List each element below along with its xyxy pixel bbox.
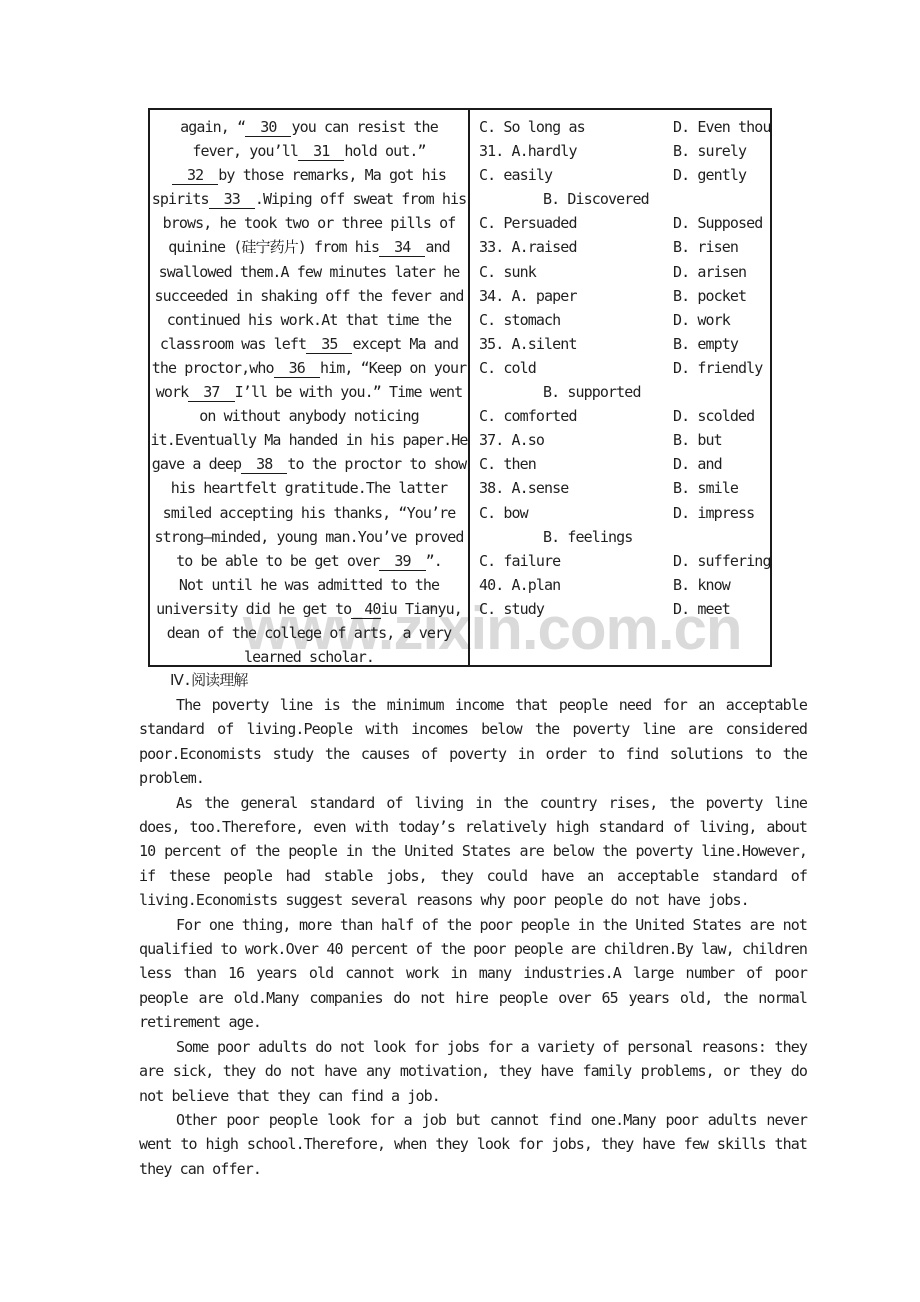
option-right: B. know: [673, 573, 730, 597]
cloze-blank: 34: [379, 238, 425, 257]
passage-line: learned scholar.: [150, 645, 468, 665]
option-left: C. then: [479, 455, 536, 473]
option-left: 40. A.plan: [479, 576, 560, 594]
option-left: C. stomach: [479, 311, 560, 329]
cloze-blank: 36: [274, 359, 320, 378]
option-line: C. comfortedD. scolded: [479, 404, 770, 428]
option-line: C. sunkD. arisen: [479, 260, 770, 284]
option-left: C. study: [479, 600, 544, 618]
option-left: 34. A. paper: [479, 287, 577, 305]
option-line: 34. A. paperB. pocket: [479, 284, 770, 308]
cloze-blank: 40: [351, 600, 380, 619]
cloze-blank: 33: [209, 190, 255, 209]
option-line: C. thenD. and: [479, 452, 770, 476]
option-right: B. but: [673, 428, 722, 452]
passage-line: quinine (硅宁药片) from his34and: [150, 235, 468, 259]
passage-line: to be able to be get over39”.: [150, 549, 468, 573]
reading-paragraph: Other poor people look for a job but can…: [139, 1108, 807, 1181]
option-right: D. and: [673, 452, 722, 476]
reading-section: Ⅳ.阅读理解 The poverty line is the minimum i…: [139, 668, 807, 1181]
option-right: B. risen: [673, 235, 738, 259]
passage-line: Not until he was admitted to the: [150, 573, 468, 597]
cloze-blank: 32: [172, 166, 218, 185]
option-right: D. sufferings: [673, 549, 770, 573]
option-line: B. feelings: [479, 525, 770, 549]
option-right: D. impress: [673, 501, 754, 525]
option-right: D. Supposed: [673, 211, 762, 235]
option-line: C. easilyD. gently: [479, 163, 770, 187]
passage-line: brows, he took two or three pills of: [150, 211, 468, 235]
passage-line: succeeded in shaking off the fever and: [150, 284, 468, 308]
passage-line: work37I’ll be with you.” Time went: [150, 380, 468, 404]
option-left: C. easily: [479, 166, 552, 184]
option-left: 33. A.raised: [479, 238, 577, 256]
cloze-passage-cell: again, “30you can resist thefever, you’l…: [150, 110, 470, 665]
option-line: 31. A.hardlyB. surely: [479, 139, 770, 163]
option-center: B. supported: [543, 383, 641, 401]
cloze-table: again, “30you can resist thefever, you’l…: [148, 108, 772, 667]
option-right: D. gently: [673, 163, 746, 187]
option-right: D. Even thou: [673, 115, 770, 139]
passage-line: university did he get to40iu Tianyu,: [150, 597, 468, 621]
option-line: C. bowD. impress: [479, 501, 770, 525]
option-left: C. sunk: [479, 263, 536, 281]
cloze-blank: 35: [306, 335, 352, 354]
option-right: D. arisen: [673, 260, 746, 284]
option-line: B. Discovered: [479, 187, 770, 211]
option-left: C. cold: [479, 359, 536, 377]
cloze-blank: 37: [188, 383, 234, 402]
option-line: C. So long asD. Even thou: [479, 115, 770, 139]
passage-line: classroom was left35except Ma and: [150, 332, 468, 356]
option-line: C. stomachD. work: [479, 308, 770, 332]
passage-line: gave a deep38to the proctor to show: [150, 452, 468, 476]
option-left: C. Persuaded: [479, 214, 577, 232]
reading-paragraph: As the general standard of living in the…: [139, 791, 807, 913]
option-left: 38. A.sense: [479, 479, 568, 497]
cloze-blank: 38: [241, 455, 287, 474]
option-left: 35. A.silent: [479, 335, 577, 353]
passage-line: 32by those remarks, Ma got his: [150, 163, 468, 187]
option-left: C. failure: [479, 552, 560, 570]
option-right: B. smile: [673, 476, 738, 500]
passage-line: strong—minded, young man.You’ve proved: [150, 525, 468, 549]
option-right: B. empty: [673, 332, 738, 356]
passage-line: smiled accepting his thanks, “You’re: [150, 501, 468, 525]
passage-line: the proctor,who36him, “Keep on your: [150, 356, 468, 380]
option-right: D. work: [673, 308, 730, 332]
option-center: B. feelings: [543, 528, 632, 546]
option-line: C. failureD. sufferings: [479, 549, 770, 573]
reading-paragraph: Some poor adults do not look for jobs fo…: [139, 1035, 807, 1108]
cloze-blank: 39: [379, 552, 425, 571]
option-left: C. comforted: [479, 407, 577, 425]
cloze-options-cell: C. So long asD. Even thou31. A.hardlyB. …: [470, 110, 770, 665]
passage-line: dean of the college of arts, a very: [150, 621, 468, 645]
passage-line: it.Eventually Ma handed in his paper.He: [150, 428, 468, 452]
option-line: C. studyD. meet: [479, 597, 770, 621]
reading-paragraph: For one thing, more than half of the poo…: [139, 913, 807, 1035]
option-right: B. surely: [673, 139, 746, 163]
document-page: www.zixin.com.cn again, “30you can resis…: [0, 0, 920, 1302]
reading-paragraph: The poverty line is the minimum income t…: [139, 693, 807, 791]
option-right: D. meet: [673, 597, 730, 621]
passage-line: continued his work.At that time the: [150, 308, 468, 332]
passage-line: his heartfelt gratitude.The latter: [150, 476, 468, 500]
passage-line: swallowed them.A few minutes later he: [150, 260, 468, 284]
option-line: 35. A.silentB. empty: [479, 332, 770, 356]
passage-line: spirits33.Wiping off sweat from his: [150, 187, 468, 211]
option-line: C. coldD. friendly: [479, 356, 770, 380]
option-left: C. bow: [479, 504, 528, 522]
option-line: C. PersuadedD. Supposed: [479, 211, 770, 235]
passage-line: on without anybody noticing: [150, 404, 468, 428]
option-center: B. Discovered: [543, 190, 649, 208]
option-line: B. supported: [479, 380, 770, 404]
option-line: 38. A.senseB. smile: [479, 476, 770, 500]
option-line: 40. A.planB. know: [479, 573, 770, 597]
cloze-blank: 30: [245, 118, 291, 137]
option-right: D. scolded: [673, 404, 754, 428]
passage-line: again, “30you can resist the: [150, 115, 468, 139]
option-left: 37. A.so: [479, 431, 544, 449]
option-left: C. So long as: [479, 118, 585, 136]
passage-line: fever, you’ll31hold out.”: [150, 139, 468, 163]
option-line: 37. A.soB. but: [479, 428, 770, 452]
option-right: D. friendly: [673, 356, 762, 380]
cloze-blank: 31: [298, 142, 344, 161]
reading-heading: Ⅳ.阅读理解: [139, 668, 807, 693]
option-right: B. pocket: [673, 284, 746, 308]
reading-paragraphs: The poverty line is the minimum income t…: [139, 693, 807, 1181]
option-left: 31. A.hardly: [479, 142, 577, 160]
option-line: 33. A.raisedB. risen: [479, 235, 770, 259]
